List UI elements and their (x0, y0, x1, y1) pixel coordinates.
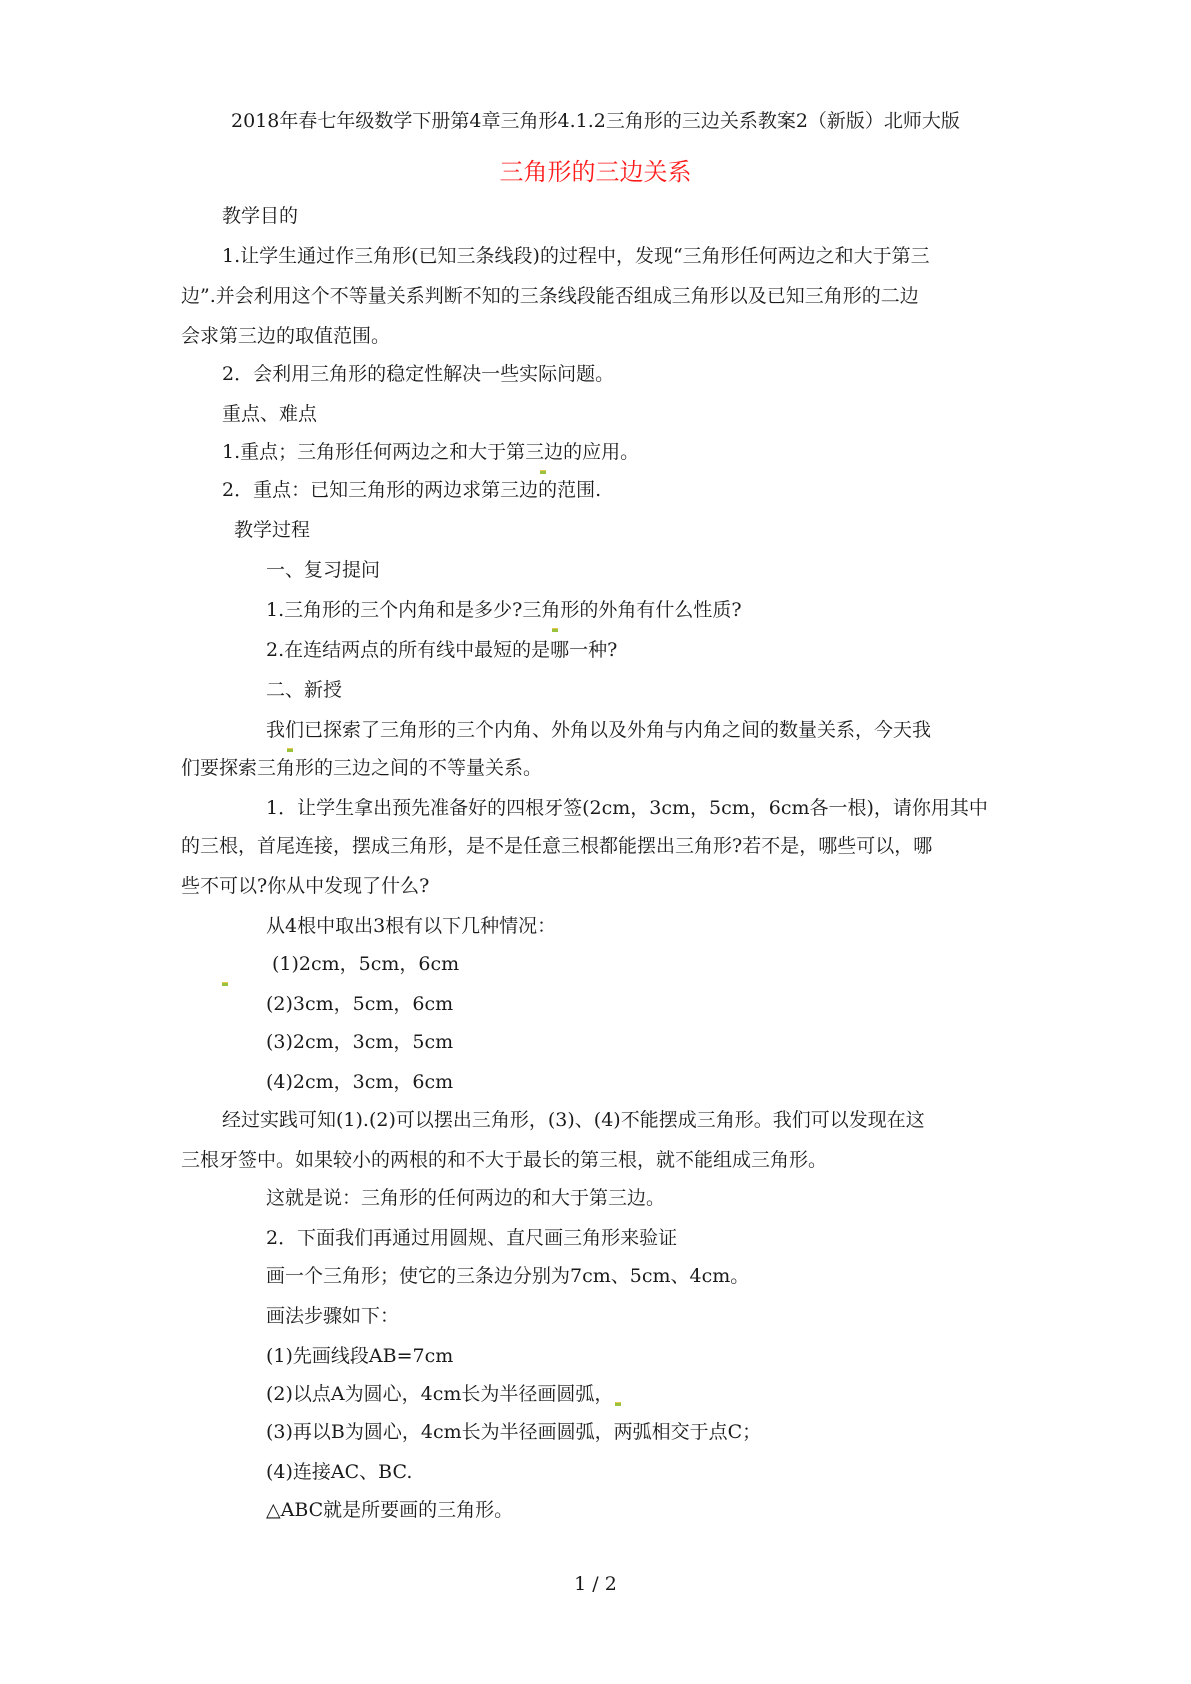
text-line: 们要探索三角形的三边之间的不等量关系。 (181, 756, 542, 780)
text-line: 1.重点；三角形任何两边之和大于第三边的应用。 (222, 440, 639, 464)
text-line: 1.让学生通过作三角形(已知三条线段)的过程中，发现“三角形任何两边之和大于第三 (222, 244, 930, 268)
edit-marker-icon (615, 1402, 621, 1406)
text-line: 会求第三边的取值范围。 (181, 324, 390, 348)
text-line: (3)2cm，3cm，5cm (266, 1030, 453, 1054)
text-line: 1．让学生拿出预先准备好的四根牙签(2cm，3cm，5cm，6cm各一根)，请你… (266, 796, 988, 820)
text-line: (1)先画线段AB=7cm (266, 1344, 453, 1368)
document-title: 三角形的三边关系 (0, 152, 1191, 187)
text-line: 这就是说：三角形的任何两边的和大于第三边。 (266, 1186, 665, 1210)
text-line: 二、新授 (266, 678, 342, 702)
text-line: (3)再以B为圆心，4cm长为半径画圆弧，两弧相交于点C； (266, 1420, 761, 1444)
text-line: 2．重点：已知三角形的两边求第三边的范围. (222, 478, 601, 502)
text-line: 2.在连结两点的所有线中最短的是哪一种? (266, 638, 617, 662)
text-line: (4)连接AC、BC. (266, 1460, 412, 1484)
text-line: 经过实践可知(1).(2)可以摆出三角形，(3)、(4)不能摆成三角形。我们可以… (222, 1108, 925, 1132)
text-line: 些不可以?你从中发现了什么? (181, 874, 429, 898)
text-line: 一、复习提问 (266, 558, 380, 582)
edit-marker-icon (287, 748, 293, 752)
text-line: 重点、难点 (222, 402, 317, 426)
page-number: 1 / 2 (0, 1573, 1191, 1595)
text-line: 2．会利用三角形的稳定性解决一些实际问题。 (222, 362, 614, 386)
text-line: (4)2cm，3cm，6cm (266, 1070, 453, 1094)
text-line: (2)以点A为圆心，4cm长为半径画圆弧， (266, 1382, 613, 1406)
text-line: 从4根中取出3根有以下几种情况： (266, 914, 556, 938)
edit-marker-icon (552, 628, 558, 632)
text-line: (1)2cm，5cm，6cm (272, 952, 459, 976)
text-line: 教学目的 (222, 204, 298, 228)
edit-marker-icon (222, 982, 228, 986)
document-page: 2018年春七年级数学下册第4章三角形4.1.2三角形的三边关系教案2（新版）北… (0, 0, 1191, 1684)
edit-marker-icon (540, 470, 546, 474)
document-header: 2018年春七年级数学下册第4章三角形4.1.2三角形的三边关系教案2（新版）北… (0, 106, 1191, 133)
text-line: (2)3cm，5cm，6cm (266, 992, 453, 1016)
text-line: 1.三角形的三个内角和是多少?三角形的外角有什么性质? (266, 598, 742, 622)
text-line: 我们已探索了三角形的三个内角、外角以及外角与内角之间的数量关系，今天我 (266, 718, 931, 742)
text-line: 教学过程 (234, 518, 310, 542)
text-line: △ABC就是所要画的三角形。 (266, 1498, 513, 1522)
text-line: 的三根，首尾连接，摆成三角形，是不是任意三根都能摆出三角形?若不是，哪些可以，哪 (181, 834, 932, 858)
text-line: 画一个三角形；使它的三条边分别为7cm、5cm、4cm。 (266, 1264, 749, 1288)
text-line: 画法步骤如下： (266, 1304, 399, 1328)
text-line: 2．下面我们再通过用圆规、直尺画三角形来验证 (266, 1226, 677, 1250)
text-line: 边”.并会利用这个不等量关系判断不知的三条线段能否组成三角形以及已知三角形的二边 (181, 284, 919, 308)
text-line: 三根牙签中。如果较小的两根的和不大于最长的第三根，就不能组成三角形。 (181, 1148, 827, 1172)
